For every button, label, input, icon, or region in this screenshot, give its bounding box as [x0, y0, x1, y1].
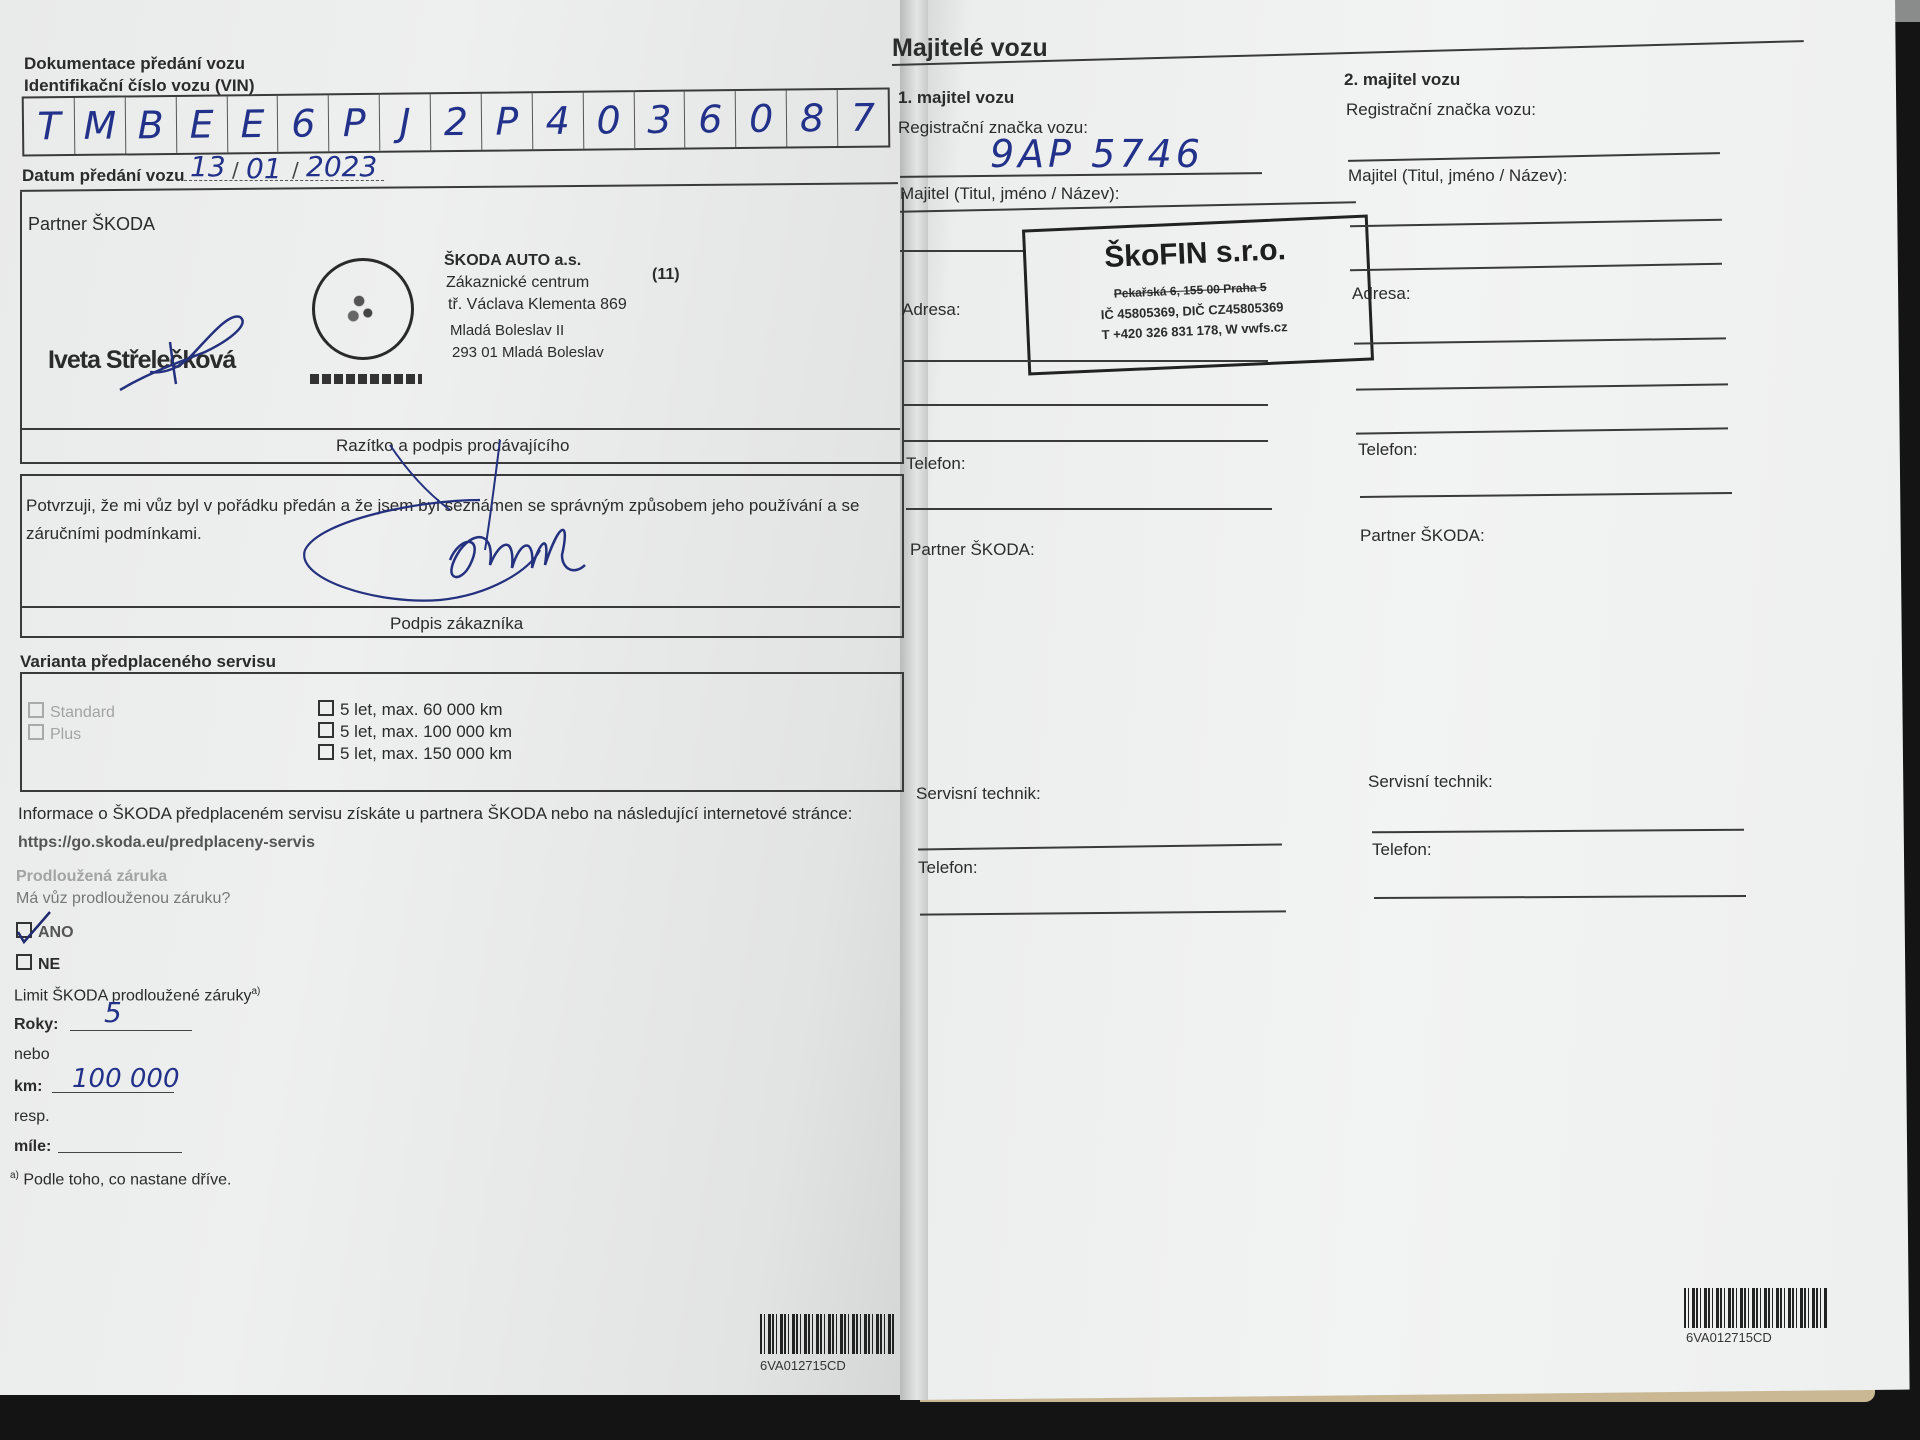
divider [20, 606, 900, 608]
vin-char-cell[interactable]: M [75, 97, 126, 154]
date-separator: / [292, 158, 299, 182]
years-label: Roky: [14, 1016, 58, 1034]
vin-char-cell[interactable]: 0 [583, 92, 634, 149]
warranty-limit-label: Limit ŠKODA prodloužené zárukya) [14, 986, 260, 1005]
owner1-technician-label: Servisní technik: [916, 784, 1041, 804]
vin-char-cell[interactable]: 2 [431, 94, 482, 151]
barcode-text: 6VA012715CD [760, 1358, 846, 1373]
owner2-owner-label: Majitel (Titul, jméno / Název): [1348, 166, 1567, 186]
owner2-heading: 2. majitel vozu [1344, 70, 1460, 90]
right-page [905, 0, 1910, 1400]
owner1-plate-value[interactable]: 9AP 5746 [990, 132, 1204, 176]
handover-date-day[interactable]: 13 [190, 150, 226, 183]
stamp-line: 293 01 Mladá Boleslav [452, 344, 604, 361]
owner-stamp-contact: T +420 326 831 178, W vwfs.cz [1101, 319, 1288, 342]
vin-char-cell[interactable]: 3 [634, 92, 685, 149]
years-value[interactable]: 5 [104, 996, 122, 1029]
confirmation-text-2: záručními podmínkami. [26, 524, 202, 544]
vin-char-cell[interactable]: P [482, 93, 533, 150]
checkbox-label: 5 let, max. 100 000 km [340, 722, 512, 741]
owner1-address-line[interactable] [904, 404, 1268, 406]
owner1-address-line[interactable] [904, 440, 1268, 442]
vin-char-cell[interactable]: 7 [838, 89, 888, 146]
vin-label: Identifikační číslo vozu (VIN) [24, 76, 254, 96]
resp-label: resp. [14, 1108, 50, 1126]
vin-char-cell[interactable]: J [380, 94, 431, 151]
km-label: km: [14, 1078, 42, 1096]
footnote-text: Podle toho, co nastane dříve. [23, 1171, 231, 1188]
variant-standard-checkbox[interactable]: Standard [28, 702, 115, 722]
checkbox-icon [28, 724, 44, 740]
stamp-line: tř. Václava Klementa 869 [448, 296, 627, 314]
barcode-text: 6VA012715CD [1686, 1330, 1772, 1345]
vin-char-cell[interactable]: B [125, 97, 176, 154]
footnote-mark: a) [10, 1170, 19, 1181]
owner1-technician-phone-label: Telefon: [918, 858, 978, 878]
option-60000-checkbox[interactable]: 5 let, max. 60 000 km [318, 700, 503, 720]
vin-char-cell[interactable]: E [227, 96, 278, 153]
checkbox-icon [318, 700, 334, 716]
owner2-address-label: Adresa: [1352, 284, 1411, 304]
vin-char-cell[interactable]: T [24, 98, 75, 155]
checkbox-label: Plus [50, 726, 81, 743]
miles-underline[interactable] [58, 1152, 182, 1153]
vin-char-cell[interactable]: E [176, 96, 227, 153]
owner1-phone-label: Telefon: [906, 454, 966, 474]
doc-title: Dokumentace předání vozu [24, 54, 245, 74]
checkbox-label: Standard [50, 704, 115, 721]
vin-char-cell[interactable]: 4 [532, 93, 583, 150]
info-text: Informace o ŠKODA předplaceném servisu z… [18, 804, 852, 824]
extended-warranty-title: Prodloužená záruka [16, 868, 167, 886]
warranty-no-checkbox[interactable]: NE [16, 954, 60, 974]
barcode-icon [1684, 1288, 1828, 1328]
km-value[interactable]: 100 000 [72, 1064, 180, 1094]
owner1-phone-line[interactable] [906, 508, 1272, 510]
owner1-address-line[interactable] [904, 360, 1268, 362]
vin-char-cell[interactable]: P [329, 95, 380, 152]
date-separator: / [232, 158, 239, 182]
divider [20, 428, 900, 430]
miles-label: míle: [14, 1138, 51, 1156]
stamp-line: Mladá Boleslav II [450, 322, 564, 339]
owner2-partner-label: Partner ŠKODA: [1360, 526, 1485, 546]
or-label: nebo [14, 1046, 50, 1064]
variant-plus-checkbox[interactable]: Plus [28, 724, 81, 744]
info-url-link[interactable]: https://go.skoda.eu/predplaceny-servis [18, 834, 315, 852]
handover-date-label: Datum předání vozu [22, 166, 184, 186]
owner-stamp-ids: IČ 45805369, DIČ CZ45805369 [1100, 299, 1283, 322]
checkbox-label: 5 let, max. 150 000 km [340, 744, 512, 763]
vin-char-cell[interactable]: 0 [736, 91, 787, 148]
owner2-technician-phone-label: Telefon: [1372, 840, 1432, 860]
handover-date-year[interactable]: 2023 [306, 150, 377, 183]
owners-title: Majitelé vozu [892, 34, 1048, 63]
customer-signature[interactable] [300, 440, 680, 610]
prepaid-service-title: Varianta předplaceného servisu [20, 652, 276, 672]
owner-stamp-address: Pekařská 6, 155 00 Praha 5 [1114, 280, 1267, 301]
stamp-code: (11) [652, 266, 680, 284]
seller-signature [110, 312, 250, 392]
vin-char-cell[interactable]: 8 [787, 90, 838, 147]
owner-stamp: ŠkoFIN s.r.o. Pekařská 6, 155 00 Praha 5… [1022, 215, 1374, 376]
owner2-plate-label: Registrační značka vozu: [1346, 100, 1536, 120]
owner1-heading: 1. majitel vozu [898, 88, 1014, 108]
owner2-technician-label: Servisní technik: [1368, 772, 1493, 792]
checkmark-icon [16, 910, 56, 944]
owner1-owner-line[interactable] [900, 250, 1026, 252]
stamp-scribble [310, 374, 422, 384]
vin-char-cell[interactable]: 6 [278, 95, 329, 152]
owner1-address-label: Adresa: [902, 300, 961, 320]
vin-char-cell[interactable]: 6 [685, 91, 736, 148]
owner1-owner-label: Majitel (Titul, jméno / Název): [900, 184, 1119, 204]
option-150000-checkbox[interactable]: 5 let, max. 150 000 km [318, 744, 512, 764]
checkbox-label: 5 let, max. 60 000 km [340, 700, 503, 719]
extended-warranty-question: Má vůz prodlouženou záruku? [16, 890, 230, 908]
option-100000-checkbox[interactable]: 5 let, max. 100 000 km [318, 722, 512, 742]
date-underline [184, 180, 384, 181]
stamp-line: ŠKODA AUTO a.s. [444, 252, 581, 270]
checkbox-icon [16, 954, 32, 970]
barcode-icon [760, 1314, 896, 1354]
customer-signature-caption: Podpis zákazníka [390, 614, 523, 634]
owner2-phone-label: Telefon: [1358, 440, 1418, 460]
checkbox-icon [318, 744, 334, 760]
owner1-partner-label: Partner ŠKODA: [910, 540, 1035, 560]
stamp-line: Zákaznické centrum [446, 274, 589, 292]
years-underline [70, 1030, 192, 1031]
checkbox-label: NE [38, 956, 60, 973]
vin-field[interactable]: TMBEE6PJ2P4036087 [22, 87, 891, 156]
footnote-ref: a) [251, 986, 260, 997]
dealer-round-stamp-icon [312, 258, 414, 360]
limit-text: Limit ŠKODA prodloužené záruky [14, 987, 251, 1004]
checkbox-icon [318, 722, 334, 738]
owner-stamp-name: ŠkoFIN s.r.o. [1104, 233, 1287, 275]
checkbox-icon [28, 702, 44, 718]
partner-label: Partner ŠKODA [28, 214, 155, 235]
